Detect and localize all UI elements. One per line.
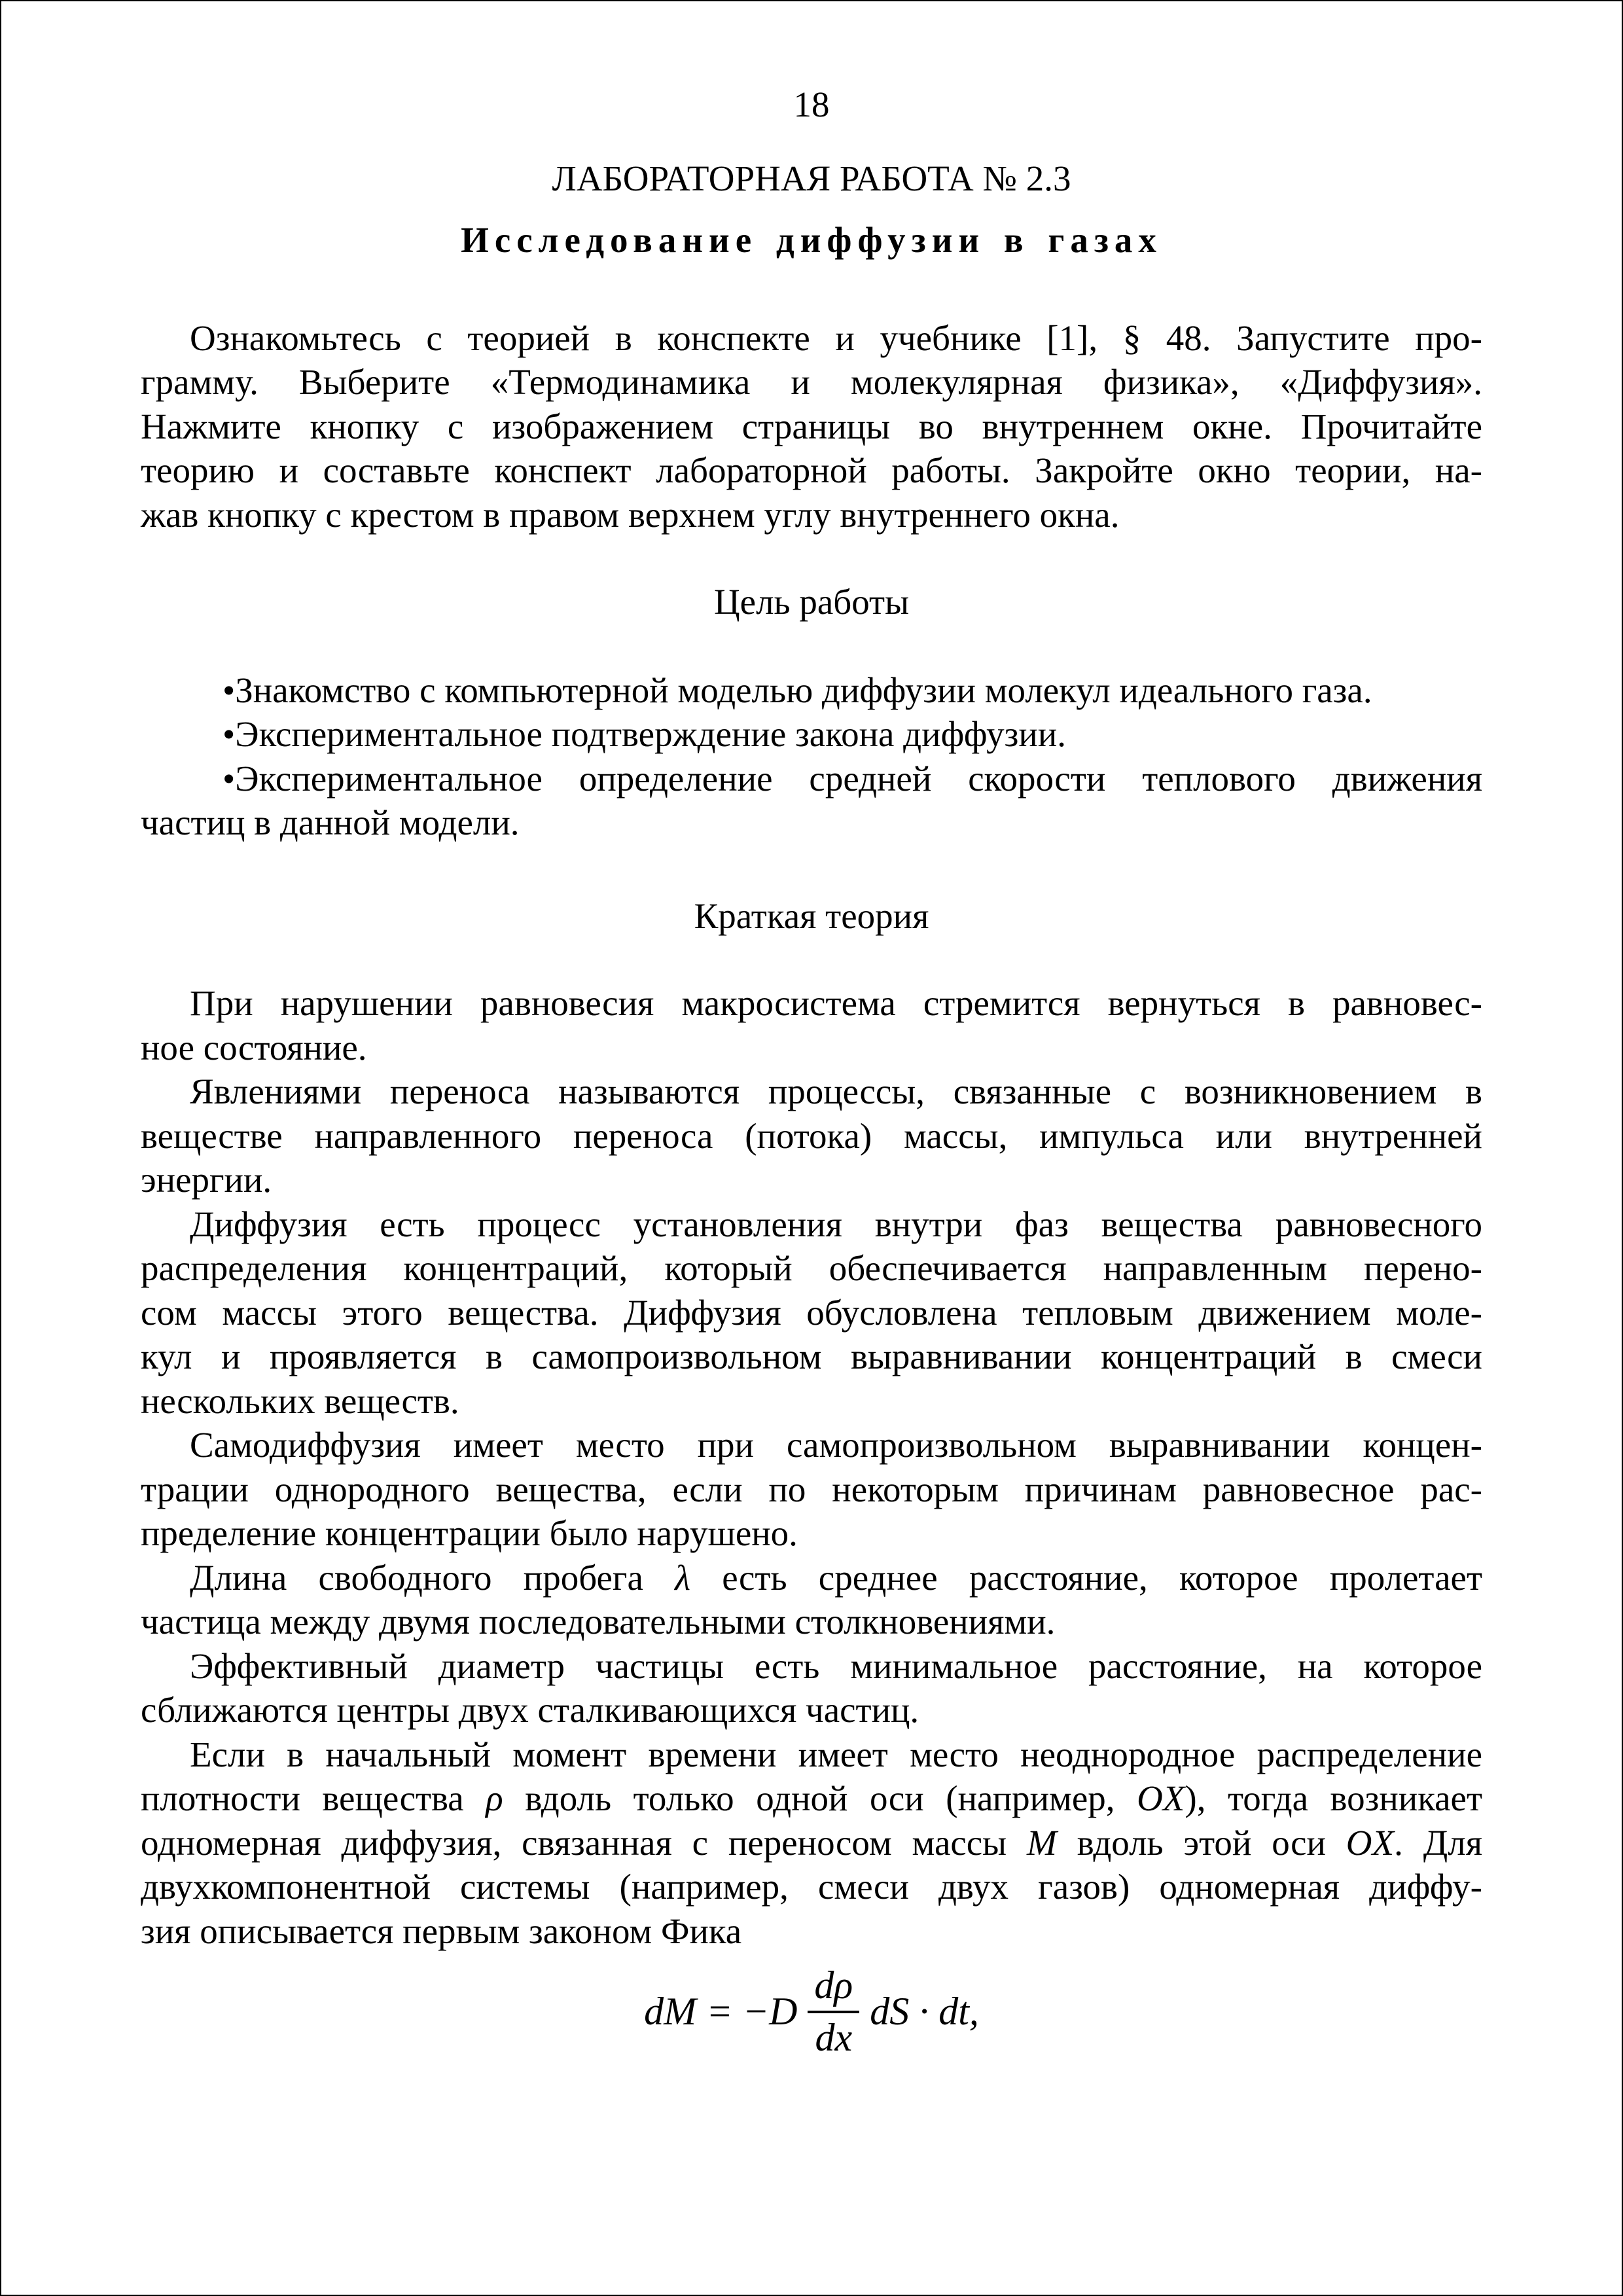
- text-line: частица между двумя последовательными ст…: [141, 1600, 1482, 1644]
- text-line: кул и проявляется в самопроизвольном выр…: [141, 1335, 1482, 1379]
- page-number: 18: [141, 82, 1482, 127]
- text-line: грамму. Выберите «Термодинамика и молеку…: [141, 360, 1482, 404]
- theory-paragraph-free-path: Длина свободного пробега λ есть среднее …: [141, 1556, 1482, 1644]
- theory-section-heading: Краткая теория: [141, 894, 1482, 939]
- theory-paragraph-equilibrium: При нарушении равновесия макросистема ст…: [141, 981, 1482, 1069]
- text-line: Диффузия есть процесс установления внутр…: [141, 1202, 1482, 1247]
- document-page: 18 ЛАБОРАТОРНАЯ РАБОТА № 2.3 Исследовани…: [0, 0, 1623, 2296]
- theory-paragraph-effective-diameter: Эффективный диаметр частицы есть минимал…: [141, 1644, 1482, 1732]
- text-line: жав кнопку с крестом в правом верхнем уг…: [141, 493, 1482, 537]
- fick-law-formula: dM = −D dρ dx dS · dt,: [141, 1964, 1482, 2059]
- formula-fraction: dρ dx: [808, 1964, 859, 2059]
- theory-paragraph-diffusion-definition: Диффузия есть процесс установления внутр…: [141, 1202, 1482, 1424]
- formula-left-side: dM = −D: [644, 1990, 797, 2033]
- text-line: теорию и составьте конспект лабораторной…: [141, 448, 1482, 493]
- formula-right-side: dS · dt,: [870, 1990, 979, 2033]
- text-line: Эффективный диаметр частицы есть минимал…: [141, 1644, 1482, 1689]
- text-line: •Экспериментальное подтверждение закона …: [141, 712, 1482, 757]
- text-line: сом массы этого вещества. Диффузия обусл…: [141, 1291, 1482, 1335]
- theory-paragraph-one-dimensional-diffusion: Если в начальный момент времени имеет ме…: [141, 1732, 1482, 1954]
- text-line: Длина свободного пробега λ есть среднее …: [141, 1556, 1482, 1600]
- text-line: частиц в данной модели.: [141, 800, 1482, 845]
- text-line: одномерная диффузия, связанная с перенос…: [141, 1821, 1482, 1865]
- intro-paragraph: Ознакомьтесь с теорией в конспекте и уче…: [141, 316, 1482, 537]
- text-line: зия описывается первым законом Фика: [141, 1909, 1482, 1954]
- page-content: 18 ЛАБОРАТОРНАЯ РАБОТА № 2.3 Исследовани…: [141, 1, 1482, 2059]
- text-line: нескольких веществ.: [141, 1379, 1482, 1424]
- bullet-item-law-confirmation: •Экспериментальное подтверждение закона …: [141, 712, 1482, 757]
- text-line: •Экспериментальное определение средней с…: [141, 757, 1482, 801]
- goal-section-heading: Цель работы: [141, 580, 1482, 624]
- formula-denominator: dx: [815, 2013, 852, 2059]
- lab-work-subtitle: Исследование диффузии в газах: [141, 218, 1482, 262]
- text-line: плотности вещества ρ вдоль только одной …: [141, 1776, 1482, 1821]
- text-line: двухкомпонентной системы (например, смес…: [141, 1865, 1482, 1909]
- text-line: веществе направленного переноса (потока)…: [141, 1114, 1482, 1158]
- formula-numerator: dρ: [808, 1964, 859, 2013]
- text-line: Если в начальный момент времени имеет ме…: [141, 1732, 1482, 1777]
- text-line: сближаются центры двух сталкивающихся ча…: [141, 1688, 1482, 1732]
- bullet-item-model-intro: •Знакомство с компьютерной моделью диффу…: [141, 668, 1482, 713]
- theory-paragraph-transfer-phenomena: Явлениями переноса называются процессы, …: [141, 1069, 1482, 1202]
- theory-paragraph-self-diffusion: Самодиффузия имеет место при самопроизво…: [141, 1423, 1482, 1556]
- text-line: Явлениями переноса называются процессы, …: [141, 1069, 1482, 1114]
- text-line: ное состояние.: [141, 1026, 1482, 1070]
- text-line: •Знакомство с компьютерной моделью диффу…: [141, 668, 1482, 713]
- text-line: При нарушении равновесия макросистема ст…: [141, 981, 1482, 1026]
- text-line: Самодиффузия имеет место при самопроизво…: [141, 1423, 1482, 1467]
- text-line: распределения концентраций, который обес…: [141, 1246, 1482, 1291]
- text-line: Ознакомьтесь с теорией в конспекте и уче…: [141, 316, 1482, 361]
- text-line: трации однородного вещества, если по нек…: [141, 1467, 1482, 1512]
- text-line: Нажмите кнопку с изображением страницы в…: [141, 404, 1482, 449]
- bullet-item-speed-measurement: •Экспериментальное определение средней с…: [141, 757, 1482, 845]
- text-line: пределение концентрации было нарушено.: [141, 1511, 1482, 1556]
- text-line: энергии.: [141, 1158, 1482, 1202]
- lab-work-title: ЛАБОРАТОРНАЯ РАБОТА № 2.3: [141, 156, 1482, 201]
- goal-bullet-list: •Знакомство с компьютерной моделью диффу…: [141, 668, 1482, 845]
